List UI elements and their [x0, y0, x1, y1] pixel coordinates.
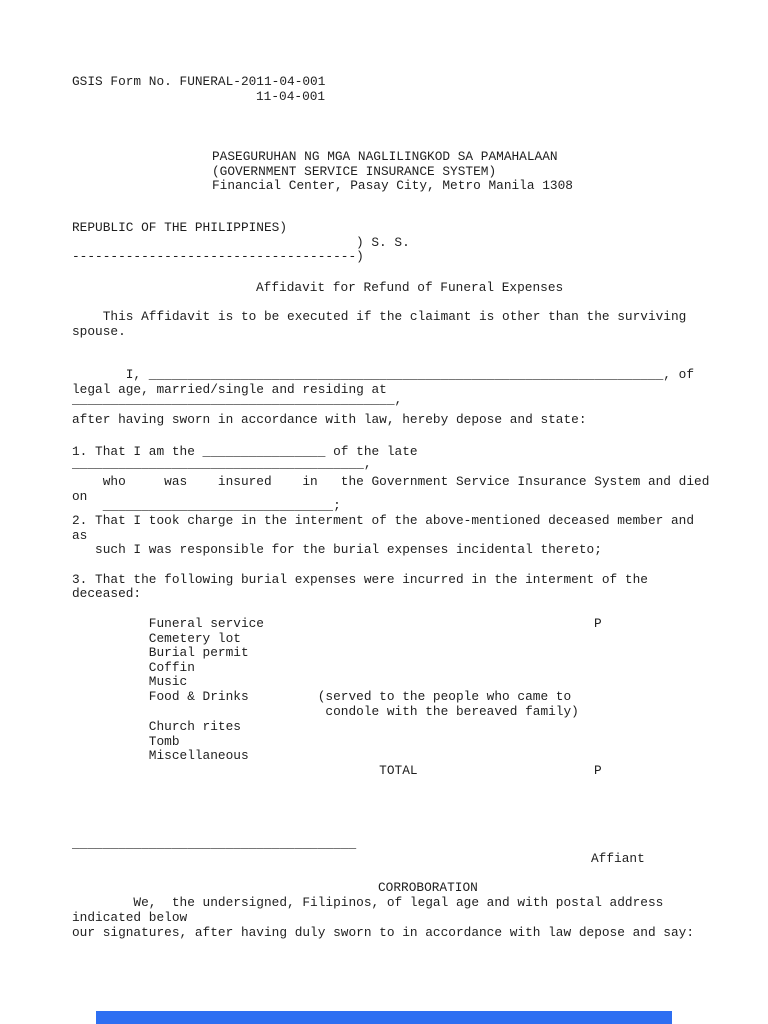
- expense-row-cemetery-lot: Cemetery lot: [72, 631, 241, 646]
- opening-residence-blank-line: ________________________________________…: [72, 392, 402, 407]
- viewer-bottom-bar[interactable]: [96, 1011, 672, 1024]
- corroboration-line-3: our signatures, after having duly sworn …: [72, 925, 694, 940]
- expense-row-funeral-service: Funeral service: [72, 616, 264, 631]
- item3-line-2: deceased:: [72, 586, 141, 601]
- affidavit-title: Affidavit for Refund of Funeral Expenses: [256, 280, 563, 295]
- agency-name-english: (GOVERNMENT SERVICE INSURANCE SYSTEM): [212, 164, 496, 179]
- instruction-line-2: spouse.: [72, 324, 126, 339]
- peso-symbol-total: P: [594, 763, 602, 778]
- document-page: GSIS Form No. FUNERAL-2011-04-001 11-04-…: [0, 0, 768, 1024]
- agency-name-filipino: PASEGURUHAN NG MGA NAGLILINGKOD SA PAMAH…: [212, 149, 558, 164]
- item2-line-2: as: [72, 528, 87, 543]
- form-number-line-2: 11-04-001: [256, 89, 325, 104]
- affiant-label: Affiant: [591, 851, 645, 866]
- expense-total-row: TOTAL: [72, 763, 418, 778]
- agency-address: Financial Center, Pasay City, Metro Mani…: [212, 178, 573, 193]
- expense-row-burial-permit: Burial permit: [72, 645, 249, 660]
- jurat-ss-line: ) S. S.: [356, 235, 410, 250]
- opening-affiant-name-blank-line: I, _____________________________________…: [72, 367, 694, 382]
- peso-symbol-funeral-service: P: [594, 616, 602, 631]
- item3-line-1: 3. That the following burial expenses we…: [72, 572, 648, 587]
- instruction-line-1: This Affidavit is to be executed if the …: [72, 309, 686, 324]
- affiant-signature-line: _____________________________________: [72, 836, 356, 851]
- form-number-line-1: GSIS Form No. FUNERAL-2011-04-001: [72, 74, 325, 89]
- expense-row-church-rites: Church rites: [72, 719, 241, 734]
- expense-row-food-drinks: Food & Drinks (served to the people who …: [72, 689, 571, 704]
- item2-line-3: such I was responsible for the burial ex…: [72, 542, 602, 557]
- item1-death-date-blank-line: ______________________________;: [72, 498, 341, 513]
- expense-row-miscellaneous: Miscellaneous: [72, 748, 249, 763]
- expense-row-tomb: Tomb: [72, 734, 180, 749]
- expense-row-music: Music: [72, 674, 187, 689]
- corroboration-line-2: indicated below: [72, 910, 187, 925]
- jurat-dash-line: -------------------------------------): [72, 249, 364, 264]
- jurat-republic-line: REPUBLIC OF THE PHILIPPINES): [72, 220, 287, 235]
- expense-row-food-drinks-note: condole with the bereaved family): [72, 704, 579, 719]
- corroboration-line-1: We, the undersigned, Filipinos, of legal…: [72, 895, 663, 910]
- opening-depose-line: after having sworn in accordance with la…: [72, 412, 587, 427]
- expense-row-coffin: Coffin: [72, 660, 195, 675]
- corroboration-heading: CORROBORATION: [378, 880, 478, 895]
- item1-deceased-name-blank-line: ______________________________________,: [72, 456, 372, 471]
- item2-line-1: 2. That I took charge in the interment o…: [72, 513, 694, 528]
- item1-insured-line: who was insured in the Government Servic…: [72, 474, 709, 489]
